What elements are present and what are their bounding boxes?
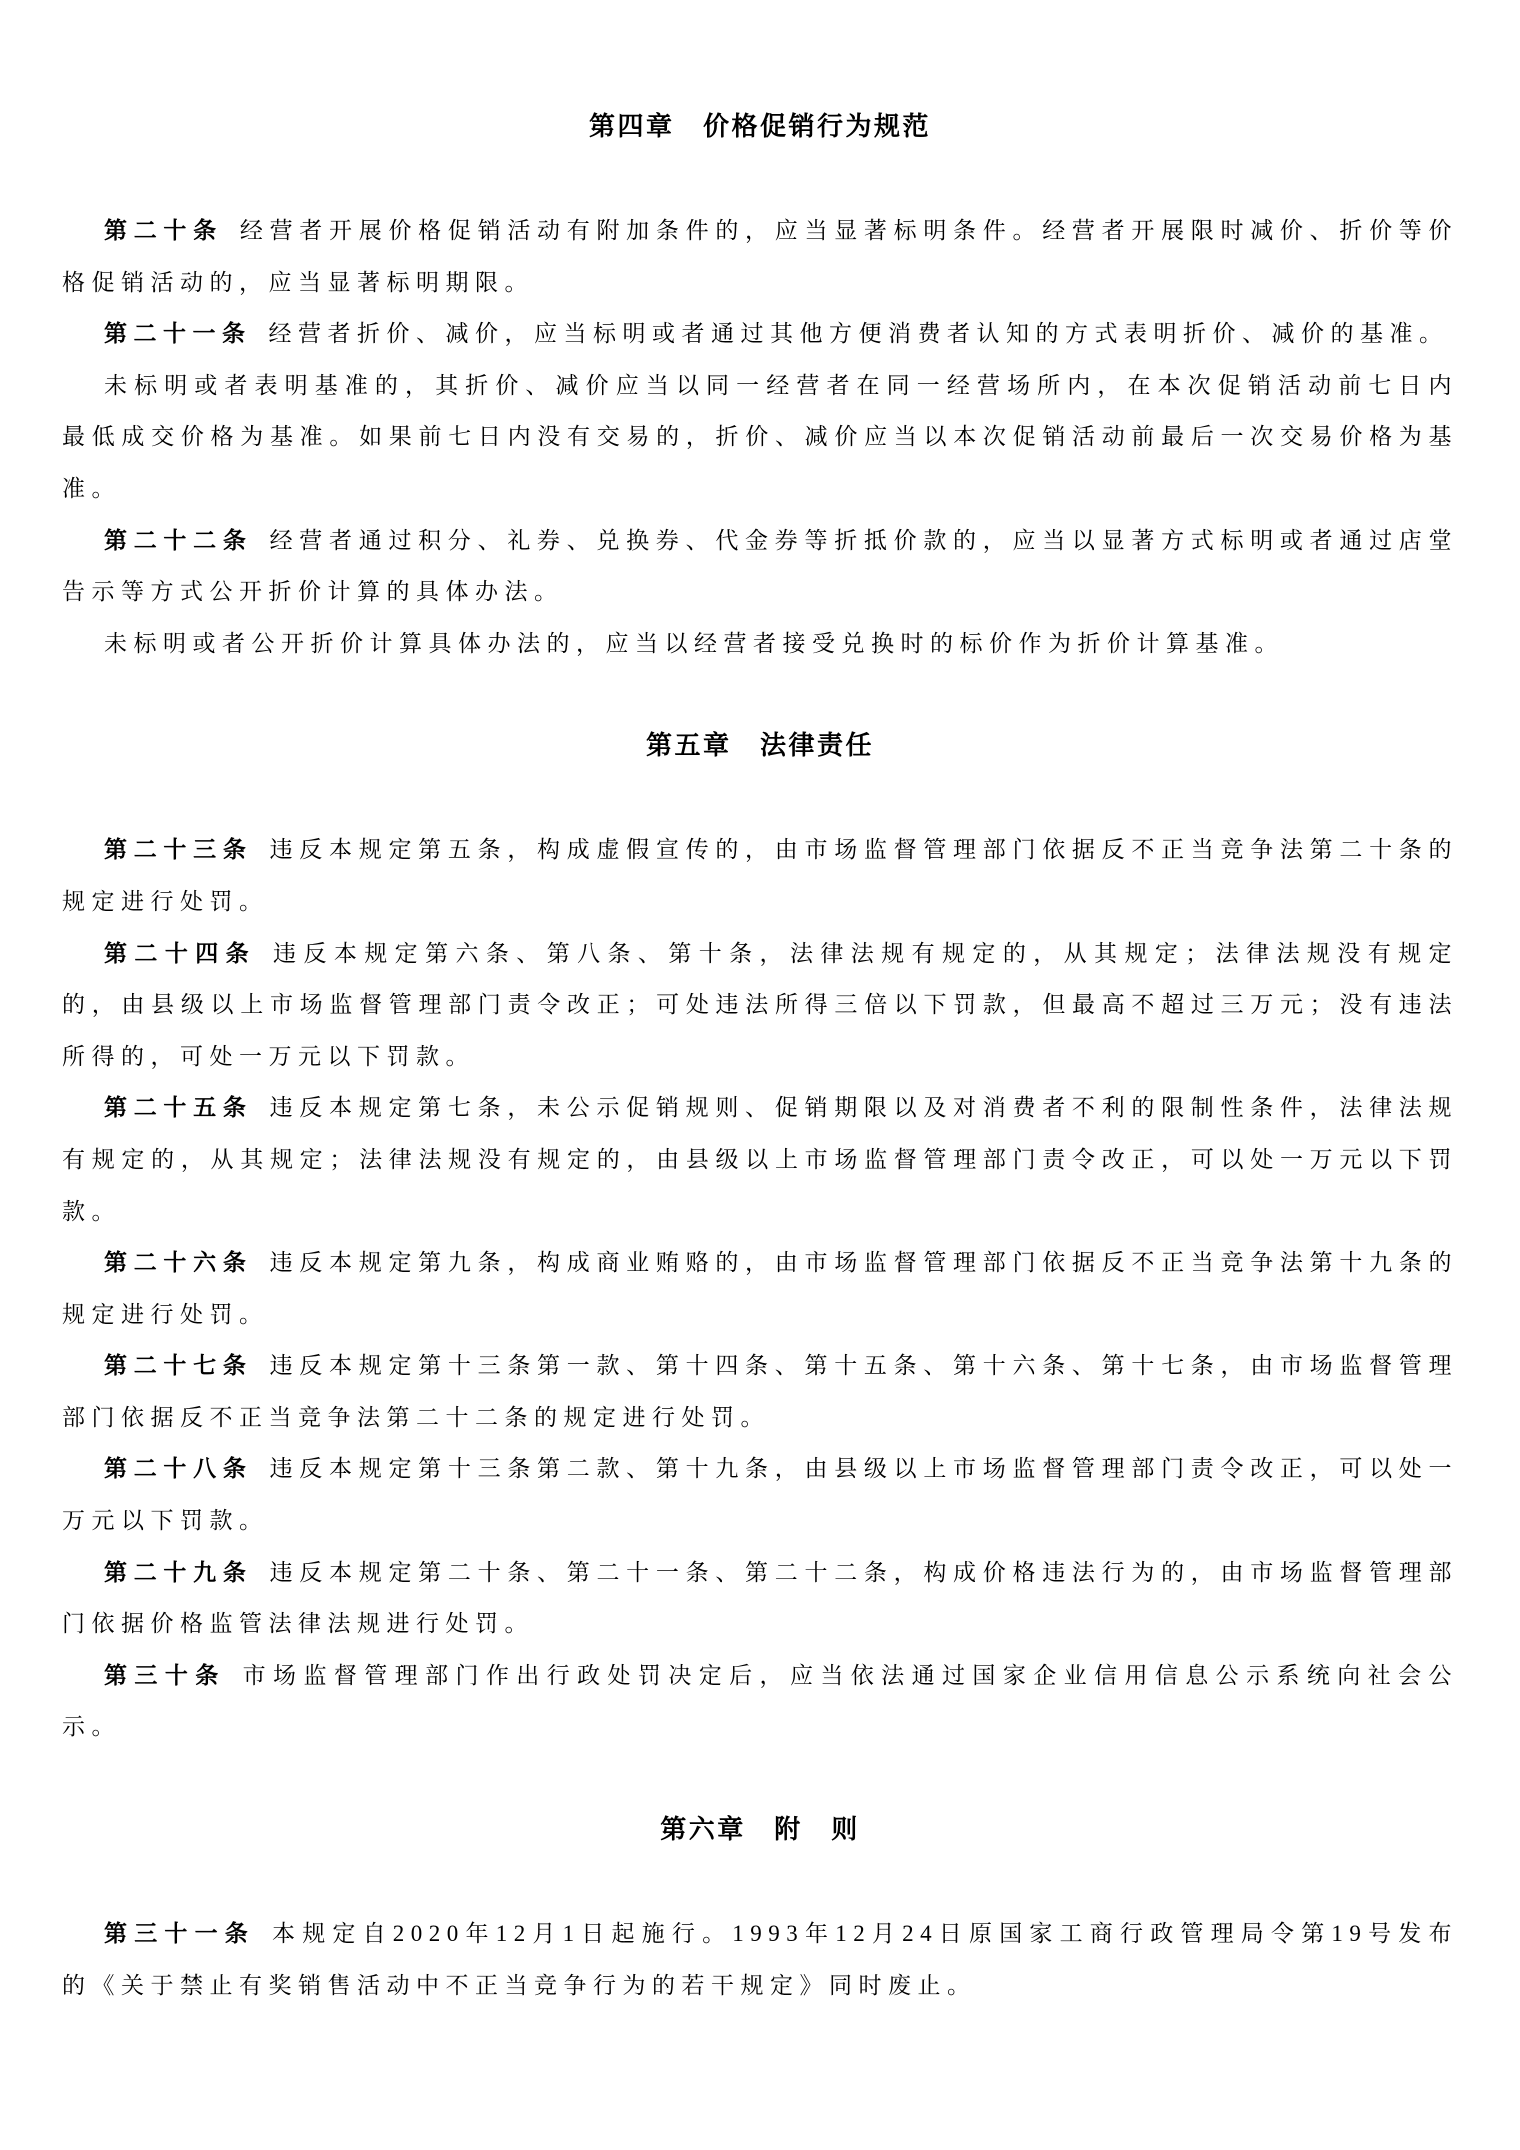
article-text: 本规定自2020年12月1日起施行。1993年12月24日原国家工商行政管理局令… [62,1921,1458,1998]
article-paragraph: 第二十八条违反本规定第十三条第二款、第十九条，由县级以上市场监督管理部门责令改正… [62,1443,1458,1546]
article-text: 违反本规定第十三条第二款、第十九条，由县级以上市场监督管理部门责令改正，可以处一… [62,1456,1458,1533]
article-text: 市场监督管理部门作出行政处罚决定后，应当依法通过国家企业信用信息公示系统向社会公… [62,1663,1458,1740]
chapter-paragraphs: 第二十三条违反本规定第五条，构成虚假宣传的，由市场监督管理部门依据反不正当竞争法… [62,824,1458,1753]
article-number: 第二十一条 [104,320,252,346]
chapter-paragraphs: 第二十条经营者开展价格促销活动有附加条件的，应当显著标明条件。经营者开展限时减价… [62,205,1458,669]
article-number: 第二十五条 [104,1094,253,1120]
chapter-title: 第五章 法律责任 [62,726,1458,764]
article-paragraph: 第二十二条经营者通过积分、礼券、兑换券、代金券等折抵价款的，应当以显著方式标明或… [62,515,1458,618]
article-paragraph: 第二十九条违反本规定第二十条、第二十一条、第二十二条，构成价格违法行为的，由市场… [62,1547,1458,1650]
article-number: 第二十七条 [104,1352,253,1378]
article-number: 第二十三条 [104,836,253,862]
article-paragraph: 第二十五条违反本规定第七条，未公示促销规则、促销期限以及对消费者不利的限制性条件… [62,1082,1458,1237]
article-text: 未标明或者表明基准的，其折价、减价应当以同一经营者在同一经营场所内，在本次促销活… [62,373,1458,501]
article-paragraph: 第二十六条违反本规定第九条，构成商业贿赂的，由市场监督管理部门依据反不正当竞争法… [62,1237,1458,1340]
chapter-section: 第五章 法律责任 第二十三条违反本规定第五条，构成虚假宣传的，由市场监督管理部门… [62,726,1458,1753]
article-text: 违反本规定第十三条第一款、第十四条、第十五条、第十六条、第十七条，由市场监督管理… [62,1353,1458,1430]
article-text: 违反本规定第七条，未公示促销规则、促销期限以及对消费者不利的限制性条件，法律法规… [62,1095,1458,1223]
article-text: 经营者折价、减价，应当标明或者通过其他方便消费者认知的方式表明折价、减价的基准。 [269,321,1449,346]
chapter-section: 第四章 价格促销行为规范 第二十条经营者开展价格促销活动有附加条件的，应当显著标… [62,107,1458,669]
article-paragraph: 未标明或者表明基准的，其折价、减价应当以同一经营者在同一经营场所内，在本次促销活… [62,360,1458,515]
article-text: 经营者开展价格促销活动有附加条件的，应当显著标明条件。经营者开展限时减价、折价等… [62,218,1458,295]
article-number: 第二十二条 [104,527,253,553]
article-paragraph: 第二十三条违反本规定第五条，构成虚假宣传的，由市场监督管理部门依据反不正当竞争法… [62,824,1458,927]
document-body: 第四章 价格促销行为规范 第二十条经营者开展价格促销活动有附加条件的，应当显著标… [62,107,1458,2011]
chapter-title: 第四章 价格促销行为规范 [62,107,1458,145]
article-paragraph: 第三十一条本规定自2020年12月1日起施行。1993年12月24日原国家工商行… [62,1908,1458,2011]
article-text: 违反本规定第九条，构成商业贿赂的，由市场监督管理部门依据反不正当竞争法第十九条的… [62,1250,1458,1327]
article-paragraph: 第三十条市场监督管理部门作出行政处罚决定后，应当依法通过国家企业信用信息公示系统… [62,1650,1458,1753]
article-paragraph: 第二十一条经营者折价、减价，应当标明或者通过其他方便消费者认知的方式表明折价、减… [62,308,1458,360]
article-paragraph: 第二十四条违反本规定第六条、第八条、第十条，法律法规有规定的，从其规定；法律法规… [62,928,1458,1083]
article-text: 违反本规定第六条、第八条、第十条，法律法规有规定的，从其规定；法律法规没有规定的… [62,941,1458,1069]
chapter-section: 第六章 附 则 第三十一条本规定自2020年12月1日起施行。1993年12月2… [62,1810,1458,2011]
article-paragraph: 未标明或者公开折价计算具体办法的，应当以经营者接受兑换时的标价作为折价计算基准。 [62,618,1458,670]
article-number: 第二十九条 [104,1559,253,1585]
article-number: 第二十条 [104,217,223,243]
article-number: 第二十八条 [104,1455,253,1481]
article-paragraph: 第二十七条违反本规定第十三条第一款、第十四条、第十五条、第十六条、第十七条，由市… [62,1340,1458,1443]
chapter-paragraphs: 第三十一条本规定自2020年12月1日起施行。1993年12月24日原国家工商行… [62,1908,1458,2011]
article-number: 第二十四条 [104,940,256,966]
article-paragraph: 第二十条经营者开展价格促销活动有附加条件的，应当显著标明条件。经营者开展限时减价… [62,205,1458,308]
article-text: 经营者通过积分、礼券、兑换券、代金券等折抵价款的，应当以显著方式标明或者通过店堂… [62,528,1458,605]
chapter-title: 第六章 附 则 [62,1810,1458,1848]
article-text: 违反本规定第二十条、第二十一条、第二十二条，构成价格违法行为的，由市场监督管理部… [62,1560,1458,1637]
document-page: 第四章 价格促销行为规范 第二十条经营者开展价格促销活动有附加条件的，应当显著标… [0,0,1520,2150]
article-number: 第三十一条 [104,1920,255,1946]
article-text: 违反本规定第五条，构成虚假宣传的，由市场监督管理部门依据反不正当竞争法第二十条的… [62,837,1458,914]
article-number: 第三十条 [104,1662,226,1688]
article-text: 未标明或者公开折价计算具体办法的，应当以经营者接受兑换时的标价作为折价计算基准。 [104,631,1284,656]
article-number: 第二十六条 [104,1249,253,1275]
